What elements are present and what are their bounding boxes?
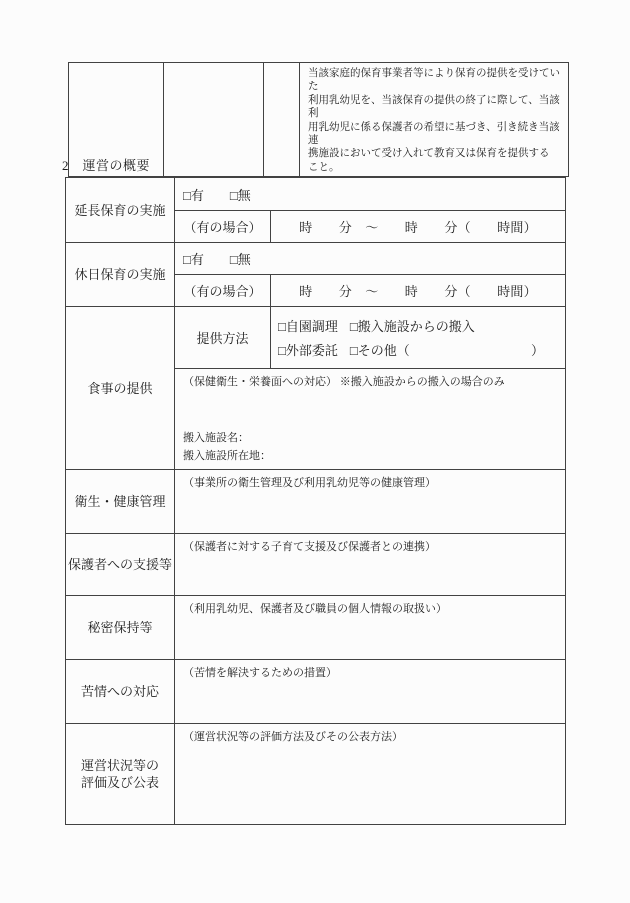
row-label-meals: 食事の提供	[66, 307, 175, 470]
meals-blank-space	[175, 390, 565, 429]
meals-hygiene-note: （保健衛生・栄養面への対応） ※搬入施設からの搬入の場合のみ	[175, 369, 565, 390]
holiday-care-checkbox-no[interactable]: □無	[230, 249, 251, 268]
carry-in-facility-address-label: 搬入施設所在地：	[183, 447, 557, 465]
row-label-extended-care: 延長保育の実施	[66, 178, 175, 243]
meals-checkbox-carry-in[interactable]: □搬入施設からの搬入	[350, 316, 475, 335]
row-label-confidentiality: 秘密保持等	[66, 596, 175, 660]
meals-checkbox-self-cooking[interactable]: □自園調理	[278, 316, 338, 335]
extended-care-checkbox-yes[interactable]: □有	[183, 185, 204, 204]
holiday-care-time-fields: 時 分 ～ 時 分（ 時間）	[271, 275, 566, 307]
operations-table: 延長保育の実施 □有□無 （有の場合） 時 分 ～ 時 分（ 時間） 休日保育の…	[65, 177, 566, 825]
hygiene-health-note: （事業所の衛生管理及び利用乳幼児等の健康管理）	[175, 470, 565, 491]
holiday-care-condition-label: （有の場合）	[175, 275, 271, 307]
row-label-guardian-support: 保護者への支援等	[66, 534, 175, 596]
fragment-empty-cell-3	[264, 63, 300, 177]
row-label-complaints: 苦情への対応	[66, 660, 175, 724]
row-label-holiday-care: 休日保育の実施	[66, 243, 175, 307]
confidentiality-note: （利用乳幼児、保護者及び職員の個人情報の取扱い）	[175, 596, 565, 617]
extended-care-condition-label: （有の場合）	[175, 211, 271, 243]
meals-checkbox-outsourced[interactable]: □外部委託	[278, 340, 338, 359]
document-page: 当該家庭的保育事業者等により保育の提供を受けていた 利用乳幼児を、当該保育の提供…	[0, 0, 630, 903]
complaints-note: （苦情を解決するための措置）	[175, 660, 565, 681]
handover-clause-text: 当該家庭的保育事業者等により保育の提供を受けていた 利用乳幼児を、当該保育の提供…	[300, 63, 568, 176]
extended-care-time-fields: 時 分 ～ 時 分（ 時間）	[271, 211, 566, 243]
other-closing-paren: ）	[531, 340, 544, 359]
row-label-evaluation-publication: 運営状況等の 評価及び公表	[66, 724, 175, 825]
fragment-empty-cell-2	[164, 63, 264, 177]
meals-checkbox-other[interactable]: □その他（	[350, 340, 410, 359]
guardian-support-note: （保護者に対する子育て支援及び保護者との連携）	[175, 534, 565, 555]
carry-in-facility-name-label: 搬入施設名：	[183, 429, 557, 447]
meals-method-label: 提供方法	[175, 307, 271, 369]
row-label-hygiene-health: 衛生・健康管理	[66, 470, 175, 534]
meals-method-options: □自園調理 □搬入施設からの搬入 □外部委託 □その他（ ）	[271, 308, 565, 368]
evaluation-publication-note: （運営状況等の評価方法及びその公表方法）	[175, 724, 565, 745]
holiday-care-checkbox-yes[interactable]: □有	[183, 249, 204, 268]
extended-care-checkbox-no[interactable]: □無	[230, 185, 251, 204]
section-heading: 2 運営の概要	[62, 155, 150, 174]
